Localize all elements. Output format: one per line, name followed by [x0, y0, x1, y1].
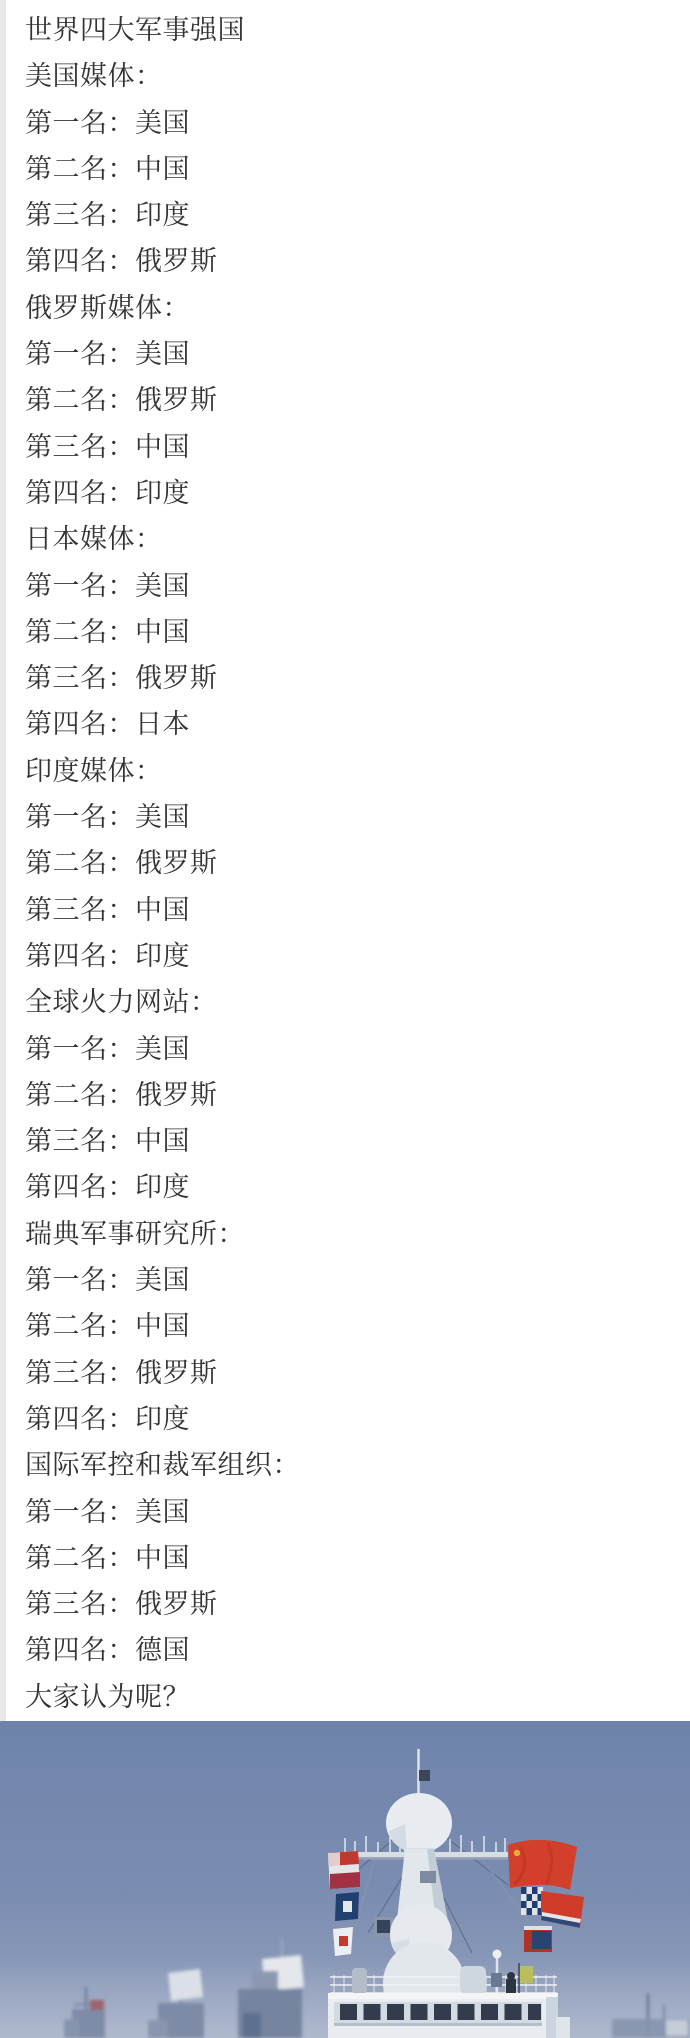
rank-label: 第二名： [25, 617, 135, 647]
media-source-name: 日本媒体： [25, 524, 163, 554]
china-flag [508, 1840, 577, 1890]
rank-label: 第二名： [25, 385, 135, 415]
media-source-name: 俄罗斯媒体： [25, 293, 190, 323]
rank-label: 第三名： [25, 432, 135, 462]
ranking-line: 第四名：印度 [25, 1396, 680, 1442]
media-source-name: 全球火力网站： [25, 987, 218, 1017]
country-name: 俄罗斯 [135, 1358, 218, 1388]
country-name: 印度 [135, 1172, 190, 1202]
navy-jack-flag [524, 1926, 552, 1952]
deck-cylinder-left [352, 1968, 367, 1994]
ranking-line: 第二名：中国 [25, 146, 680, 192]
media-source-name: 美国媒体： [25, 61, 163, 91]
country-name: 中国 [135, 895, 190, 925]
rank-label: 第一名： [25, 108, 135, 138]
ranking-line: 第三名：俄罗斯 [25, 1581, 680, 1627]
ranking-line: 第二名：俄罗斯 [25, 840, 680, 886]
media-source-name: 国际军控和裁军组织： [25, 1450, 300, 1480]
mast-top-fitting [419, 1770, 430, 1781]
ranking-line: 第三名：印度 [25, 192, 680, 238]
media-source-header: 日本媒体： [25, 516, 680, 562]
country-name: 印度 [135, 941, 190, 971]
deck-tank [460, 1966, 486, 1994]
rank-label: 第四名： [25, 246, 135, 276]
white-red-signal-flag [333, 1927, 353, 1956]
blue-peter-flag [335, 1892, 359, 1921]
country-name: 美国 [135, 108, 190, 138]
ranking-line: 第一名：美国 [25, 794, 680, 840]
warship-photo [0, 1721, 690, 2038]
checkered-signal-flag [521, 1887, 543, 1915]
country-name: 中国 [135, 1543, 190, 1573]
rank-label: 第三名： [25, 663, 135, 693]
rank-label: 第三名： [25, 1126, 135, 1156]
ranking-line: 第四名：日本 [25, 701, 680, 747]
country-name: 美国 [135, 339, 190, 369]
ranking-line: 第四名：俄罗斯 [25, 238, 680, 284]
ranking-line: 第四名：印度 [25, 470, 680, 516]
ranking-line: 第四名：印度 [25, 1164, 680, 1210]
country-name: 俄罗斯 [135, 246, 218, 276]
country-name: 美国 [135, 1265, 190, 1295]
country-name: 印度 [135, 200, 190, 230]
ranking-line: 第四名：印度 [25, 933, 680, 979]
post-text: 世界四大军事强国美国媒体：第一名：美国第二名：中国第三名：印度第四名：俄罗斯俄罗… [0, 0, 690, 1721]
window-band-shadow [334, 2023, 542, 2026]
media-source-header: 印度媒体： [25, 748, 680, 794]
ranking-line: 第二名：中国 [25, 1535, 680, 1581]
ranking-line: 第二名：中国 [25, 609, 680, 655]
post-closing: 大家认为呢？ [25, 1674, 680, 1720]
superstructure-ledge [328, 1993, 558, 1999]
red-white-signal-flag [328, 1851, 360, 1889]
ranking-line: 第三名：俄罗斯 [25, 655, 680, 701]
ranking-line: 第三名：俄罗斯 [25, 1350, 680, 1396]
country-name: 日本 [135, 709, 190, 739]
post-title: 世界四大军事强国 [25, 7, 680, 53]
rank-label: 第三名： [25, 1589, 135, 1619]
ranking-line: 第三名：中国 [25, 887, 680, 933]
ranking-line: 第四名：德国 [25, 1627, 680, 1673]
media-source-name: 瑞典军事研究所： [25, 1219, 245, 1249]
country-name: 俄罗斯 [135, 1589, 218, 1619]
rank-label: 第二名： [25, 1543, 135, 1573]
superstructure-step [556, 2017, 570, 2038]
sensor-ball [493, 1950, 502, 1959]
ranking-line: 第二名：俄罗斯 [25, 1072, 680, 1118]
rank-label: 第四名： [25, 941, 135, 971]
country-name: 美国 [135, 1497, 190, 1527]
ranking-line: 第一名：美国 [25, 1257, 680, 1303]
country-name: 美国 [135, 802, 190, 832]
bridge-windows [340, 2004, 541, 2020]
ranking-line: 第一名：美国 [25, 100, 680, 146]
rank-label: 第二名： [25, 1080, 135, 1110]
post-title-text: 世界四大军事强国 [25, 15, 245, 45]
country-name: 俄罗斯 [135, 848, 218, 878]
ranking-line: 第一名：美国 [25, 331, 680, 377]
country-name: 美国 [135, 571, 190, 601]
rank-label: 第四名： [25, 1172, 135, 1202]
rank-label: 第一名： [25, 802, 135, 832]
rank-label: 第二名： [25, 848, 135, 878]
rank-label: 第四名： [25, 1635, 135, 1665]
media-source-header: 美国媒体： [25, 53, 680, 99]
media-source-name: 印度媒体： [25, 756, 163, 786]
mast-detail-dark [420, 1871, 436, 1883]
ranking-line: 第二名：俄罗斯 [25, 377, 680, 423]
country-name: 俄罗斯 [135, 1080, 218, 1110]
country-name: 俄罗斯 [135, 663, 218, 693]
rank-label: 第三名： [25, 1358, 135, 1388]
warship-photo-canvas [0, 1721, 690, 2038]
country-name: 中国 [135, 617, 190, 647]
country-name: 印度 [135, 478, 190, 508]
rank-label: 第一名： [25, 1265, 135, 1295]
rank-label: 第一名： [25, 339, 135, 369]
media-source-header: 瑞典军事研究所： [25, 1211, 680, 1257]
deck-box [491, 1973, 502, 1987]
ranking-line: 第一名：美国 [25, 1026, 680, 1072]
media-source-header: 俄罗斯媒体： [25, 285, 680, 331]
country-name: 俄罗斯 [135, 385, 218, 415]
rank-label: 第二名： [25, 154, 135, 184]
rank-label: 第四名： [25, 1404, 135, 1434]
rank-label: 第一名： [25, 1497, 135, 1527]
rank-label: 第三名： [25, 200, 135, 230]
rank-label: 第二名： [25, 1311, 135, 1341]
ranking-line: 第一名：美国 [25, 1489, 680, 1535]
country-name: 中国 [135, 154, 190, 184]
rank-label: 第四名： [25, 709, 135, 739]
rank-label: 第三名： [25, 895, 135, 925]
country-name: 中国 [135, 1126, 190, 1156]
media-source-header: 全球火力网站： [25, 979, 680, 1025]
ranking-line: 第一名：美国 [25, 563, 680, 609]
post-closing-text: 大家认为呢？ [25, 1682, 190, 1712]
rank-label: 第一名： [25, 1034, 135, 1064]
yellow-signal-flag [520, 1966, 533, 1983]
ranking-line: 第二名：中国 [25, 1303, 680, 1349]
rank-label: 第四名： [25, 478, 135, 508]
mast-radar-box [377, 1920, 390, 1933]
rank-label: 第一名： [25, 571, 135, 601]
country-name: 中国 [135, 432, 190, 462]
country-name: 德国 [135, 1635, 190, 1665]
ranking-line: 第三名：中国 [25, 424, 680, 470]
country-name: 美国 [135, 1034, 190, 1064]
media-source-header: 国际军控和裁军组织： [25, 1442, 680, 1488]
country-name: 中国 [135, 1311, 190, 1341]
country-name: 印度 [135, 1404, 190, 1434]
ranking-line: 第三名：中国 [25, 1118, 680, 1164]
